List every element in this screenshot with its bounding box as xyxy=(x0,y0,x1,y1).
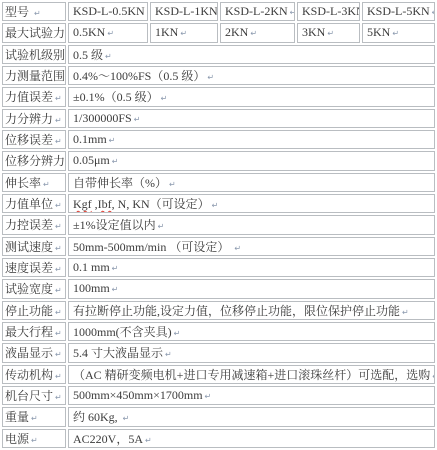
spec-value-cell: ±1%设定值以内↵ xyxy=(68,215,435,234)
spec-label-cell: 液晶显示↵ xyxy=(2,343,66,362)
paragraph-mark-icon: ↵ xyxy=(55,137,62,146)
spec-value-cell: 0.05μm↵ xyxy=(68,151,435,170)
cell-text: 0.1mm xyxy=(73,132,107,146)
paragraph-mark-icon: ↵ xyxy=(161,94,168,103)
spec-label-cell: 力分辨力↵ xyxy=(2,109,66,128)
spec-row: 型号 ↵KSD-L-0.5KN↵KSD-L-1KN↵KSD-L-2KN↵KSD-… xyxy=(2,2,435,21)
spec-value-cell: KSD-L-5KN↵ xyxy=(362,2,435,21)
cell-text: 力值单位 xyxy=(5,197,53,211)
spec-table: 型号 ↵KSD-L-0.5KN↵KSD-L-1KN↵KSD-L-2KN↵KSD-… xyxy=(0,0,437,450)
spec-value-cell: 5.4 寸大液晶显示↵ xyxy=(68,343,435,362)
spec-label-cell: 力控误差↵ xyxy=(2,215,66,234)
cell-text: 1KN xyxy=(155,25,178,39)
spec-row: 力值单位↵Kgf ,Ibf, N, KN（可设定）↵ xyxy=(2,194,435,213)
misspelled-word: Ibf xyxy=(98,197,112,211)
cell-text: 最大行程 xyxy=(5,325,53,339)
cell-text: 型号 xyxy=(5,5,32,19)
cell-text: 试验机级别 xyxy=(5,48,65,62)
spec-table-body: 型号 ↵KSD-L-0.5KN↵KSD-L-1KN↵KSD-L-2KN↵KSD-… xyxy=(2,2,435,448)
spec-label-cell: 试验机级别↵ xyxy=(2,45,66,64)
spec-row: 力值误差↵±0.1%（0.5 级）↵ xyxy=(2,87,435,106)
text-segment: , N, KN（可设定） xyxy=(112,197,210,211)
spec-value-cell: KSD-L-1KN↵ xyxy=(150,2,218,21)
spec-row: 力分辨力↵1/300000FS↵ xyxy=(2,109,435,128)
spec-value-cell: ±0.1%（0.5 级）↵ xyxy=(68,87,435,106)
cell-text: 液晶显示 xyxy=(5,346,53,360)
paragraph-mark-icon: ↵ xyxy=(55,308,62,317)
spec-label-cell: 最大行程↵ xyxy=(2,322,66,341)
cell-text: 5.4 寸大液晶显示 xyxy=(73,346,163,360)
spec-value-cell: 1/300000FS↵ xyxy=(68,109,435,128)
spec-row: 最大行程↵1000mm(不含夹具)↵ xyxy=(2,322,435,341)
spec-value-cell: 自带伸长率（%）↵ xyxy=(68,173,435,192)
cell-text: 1000mm(不含夹具) xyxy=(73,325,172,339)
cell-text: 0.1 mm xyxy=(73,260,110,274)
paragraph-mark-icon: ↵ xyxy=(147,8,148,17)
paragraph-mark-icon: ↵ xyxy=(109,136,116,145)
spec-value-cell: 0.5 级↵ xyxy=(68,45,435,64)
cell-text: ±1%设定值以内 xyxy=(73,218,156,232)
paragraph-mark-icon: ↵ xyxy=(112,157,119,166)
cell-text: 0.05μm xyxy=(73,153,110,167)
spec-value-cell: 约 60Kg, ↵ xyxy=(68,407,435,426)
spec-row: 试验机级别↵0.5 级↵ xyxy=(2,45,435,64)
spec-row: 电源↵AC220V，5A↵ xyxy=(2,429,435,448)
paragraph-mark-icon: ↵ xyxy=(123,414,130,423)
cell-text: 最大试验力 xyxy=(5,26,65,40)
cell-text: 力控误差 xyxy=(5,218,53,232)
cell-text: AC220V，5A xyxy=(73,432,143,446)
paragraph-mark-icon: ↵ xyxy=(55,265,62,274)
paragraph-mark-icon: ↵ xyxy=(31,414,38,423)
spec-value-cell: 0.4%～100%FS（0.5 级）↵ xyxy=(68,66,435,85)
cell-text: KSD-L-0.5KN xyxy=(73,4,145,18)
cell-text: 有拉断停止功能,设定力值，位移停止功能，限位保护停止功能 xyxy=(73,304,400,318)
cell-text: 0.5KN xyxy=(73,25,105,39)
cell-text: （AC 精研变频电机+进口专用减速箱+进口滚珠丝杆）可选配，选购 xyxy=(73,368,430,382)
spec-row: 测试速度↵50mm-500mm/min （可设定） ↵ xyxy=(2,237,435,256)
cell-text: 电源 xyxy=(5,432,29,446)
paragraph-mark-icon: ↵ xyxy=(55,286,62,295)
spec-value-cell: 500mm×450mm×1700mm↵ xyxy=(68,386,435,405)
spec-row: 机台尺寸↵500mm×450mm×1700mm↵ xyxy=(2,386,435,405)
spec-value-cell: KSD-L-2KN↵ xyxy=(220,2,295,21)
paragraph-mark-icon: ↵ xyxy=(205,392,212,401)
paragraph-mark-icon: ↵ xyxy=(134,115,141,124)
paragraph-mark-icon: ↵ xyxy=(180,29,187,38)
cell-text: 力分辨力 xyxy=(5,112,53,126)
paragraph-mark-icon: ↵ xyxy=(145,436,152,445)
spec-sheet: 型号 ↵KSD-L-0.5KN↵KSD-L-1KN↵KSD-L-2KN↵KSD-… xyxy=(0,0,437,450)
spec-value-cell: KSD-L-3KN↵ xyxy=(297,2,360,21)
cell-text: 500mm×450mm×1700mm xyxy=(73,388,203,402)
paragraph-mark-icon: ↵ xyxy=(55,244,62,253)
spec-row: 力测量范围↵0.4%～100%FS（0.5 级）↵ xyxy=(2,66,435,85)
spec-value-cell: 0.1mm↵ xyxy=(68,130,435,149)
paragraph-mark-icon: ↵ xyxy=(55,393,62,402)
paragraph-mark-icon: ↵ xyxy=(55,116,62,125)
spec-label-cell: 伸长率↵ xyxy=(2,173,66,192)
cell-text: 测试速度 xyxy=(5,240,53,254)
cell-text: KSD-L-2KN xyxy=(225,4,288,18)
paragraph-mark-icon: ↵ xyxy=(55,350,62,359)
paragraph-mark-icon: ↵ xyxy=(174,329,181,338)
spec-row: 力控误差↵±1%设定值以内↵ xyxy=(2,215,435,234)
cell-text: 50mm-500mm/min （可设定） xyxy=(73,240,232,254)
spec-label-cell: 停止功能↵ xyxy=(2,301,66,320)
cell-text: 力测量范围 xyxy=(5,69,65,83)
paragraph-mark-icon: ↵ xyxy=(234,244,241,253)
misspelled-word: Kgf xyxy=(73,197,92,211)
spec-value-cell: 3KN↵ xyxy=(297,23,360,42)
spec-value-cell: 50mm-500mm/min （可设定） ↵ xyxy=(68,237,435,256)
spec-value-cell: 0.5KN↵ xyxy=(68,23,148,42)
cell-text: 0.5 级 xyxy=(73,48,103,62)
paragraph-mark-icon: ↵ xyxy=(55,94,62,103)
paragraph-mark-icon: ↵ xyxy=(112,264,119,273)
cell-text: 3KN xyxy=(302,25,325,39)
spec-row: 传动机构↵（AC 精研变频电机+进口专用减速箱+进口滚珠丝杆）可选配，选购↵ xyxy=(2,365,435,384)
paragraph-mark-icon: ↵ xyxy=(55,201,62,210)
paragraph-mark-icon: ↵ xyxy=(55,372,62,381)
spec-value-cell: Kgf ,Ibf, N, KN（可设定）↵ xyxy=(68,194,435,213)
paragraph-mark-icon: ↵ xyxy=(432,8,435,17)
spec-value-cell: AC220V，5A↵ xyxy=(68,429,435,448)
cell-text: 机台尺寸 xyxy=(5,389,53,403)
cell-text: Kgf ,Ibf, N, KN（可设定） xyxy=(73,197,210,211)
spec-label-cell: 传动机构↵ xyxy=(2,365,66,384)
spec-label-cell: 测试速度↵ xyxy=(2,237,66,256)
spec-value-cell: 有拉断停止功能,设定力值，位移停止功能，限位保护停止功能↵ xyxy=(68,301,435,320)
cell-text: KSD-L-1KN xyxy=(155,4,218,18)
spec-row: 重量↵约 60Kg, ↵ xyxy=(2,407,435,426)
cell-text: 伸长率 xyxy=(5,176,41,190)
spec-label-cell: 力测量范围↵ xyxy=(2,66,66,85)
spec-label-cell: 力值误差↵ xyxy=(2,87,66,106)
spec-value-cell: KSD-L-0.5KN↵ xyxy=(68,2,148,21)
spec-label-cell: 位移分辨力↵ xyxy=(2,151,66,170)
spec-label-cell: 最大试验力↵ xyxy=(2,23,66,42)
spec-value-cell: 0.1 mm↵ xyxy=(68,258,435,277)
spec-row: 停止功能↵有拉断停止功能,设定力值，位移停止功能，限位保护停止功能↵ xyxy=(2,301,435,320)
spec-label-cell: 力值单位↵ xyxy=(2,194,66,213)
cell-text: KSD-L-5KN xyxy=(367,4,430,18)
cell-text: 试验宽度 xyxy=(5,282,53,296)
spec-row: 位移分辨力↵0.05μm↵ xyxy=(2,151,435,170)
spec-value-cell: 1KN↵ xyxy=(150,23,218,42)
paragraph-mark-icon: ↵ xyxy=(31,436,38,445)
cell-text: 约 60Kg, xyxy=(73,410,121,424)
spec-row: 液晶显示↵5.4 寸大液晶显示↵ xyxy=(2,343,435,362)
spec-label-cell: 速度误差↵ xyxy=(2,258,66,277)
cell-text: KSD-L-3KN xyxy=(302,4,360,18)
cell-text: 传动机构 xyxy=(5,368,53,382)
spec-label-cell: 位移误差↵ xyxy=(2,130,66,149)
spec-row: 位移误差↵0.1mm↵ xyxy=(2,130,435,149)
paragraph-mark-icon: ↵ xyxy=(392,29,399,38)
paragraph-mark-icon: ↵ xyxy=(290,8,295,17)
spec-label-cell: 重量↵ xyxy=(2,407,66,426)
paragraph-mark-icon: ↵ xyxy=(105,52,112,61)
spec-label-cell: 机台尺寸↵ xyxy=(2,386,66,405)
cell-text: 位移误差 xyxy=(5,133,53,147)
cell-text: 位移分辨力 xyxy=(5,154,65,168)
cell-text: 重量 xyxy=(5,410,29,424)
cell-text: 2KN xyxy=(225,25,248,39)
paragraph-mark-icon: ↵ xyxy=(327,29,334,38)
spec-value-cell: 1000mm(不含夹具)↵ xyxy=(68,322,435,341)
cell-text: 100mm xyxy=(73,281,110,295)
paragraph-mark-icon: ↵ xyxy=(250,29,257,38)
cell-text: 自带伸长率（%） xyxy=(73,176,167,190)
spec-label-cell: 电源↵ xyxy=(2,429,66,448)
cell-text: 力值误差 xyxy=(5,90,53,104)
cell-text: 0.4%～100%FS（0.5 级） xyxy=(73,69,205,83)
spec-value-cell: 100mm↵ xyxy=(68,279,435,298)
paragraph-mark-icon: ↵ xyxy=(55,329,62,338)
paragraph-mark-icon: ↵ xyxy=(169,180,176,189)
spec-label-cell: 试验宽度↵ xyxy=(2,279,66,298)
cell-text: 1/300000FS xyxy=(73,111,132,125)
paragraph-mark-icon: ↵ xyxy=(402,308,409,317)
paragraph-mark-icon: ↵ xyxy=(212,201,219,210)
paragraph-mark-icon: ↵ xyxy=(158,222,165,231)
paragraph-mark-icon: ↵ xyxy=(34,9,41,18)
spec-row: 伸长率↵自带伸长率（%）↵ xyxy=(2,173,435,192)
paragraph-mark-icon: ↵ xyxy=(112,285,119,294)
spec-value-cell: 5KN↵ xyxy=(362,23,435,42)
cell-text: 速度误差 xyxy=(5,261,53,275)
paragraph-mark-icon: ↵ xyxy=(165,350,172,359)
cell-text: 5KN xyxy=(367,25,390,39)
paragraph-mark-icon: ↵ xyxy=(432,372,435,381)
spec-row: 速度误差↵0.1 mm↵ xyxy=(2,258,435,277)
cell-text: 停止功能 xyxy=(5,304,53,318)
spec-value-cell: 2KN↵ xyxy=(220,23,295,42)
spec-row: 最大试验力↵0.5KN↵1KN↵2KN↵3KN↵5KN↵ xyxy=(2,23,435,42)
spec-value-cell: （AC 精研变频电机+进口专用减速箱+进口滚珠丝杆）可选配，选购↵ xyxy=(68,365,435,384)
cell-text: ±0.1%（0.5 级） xyxy=(73,90,159,104)
paragraph-mark-icon: ↵ xyxy=(107,29,114,38)
paragraph-mark-icon: ↵ xyxy=(55,222,62,231)
paragraph-mark-icon: ↵ xyxy=(207,73,214,82)
paragraph-mark-icon: ↵ xyxy=(43,180,50,189)
spec-row: 试验宽度↵100mm↵ xyxy=(2,279,435,298)
spec-label-cell: 型号 ↵ xyxy=(2,2,66,21)
